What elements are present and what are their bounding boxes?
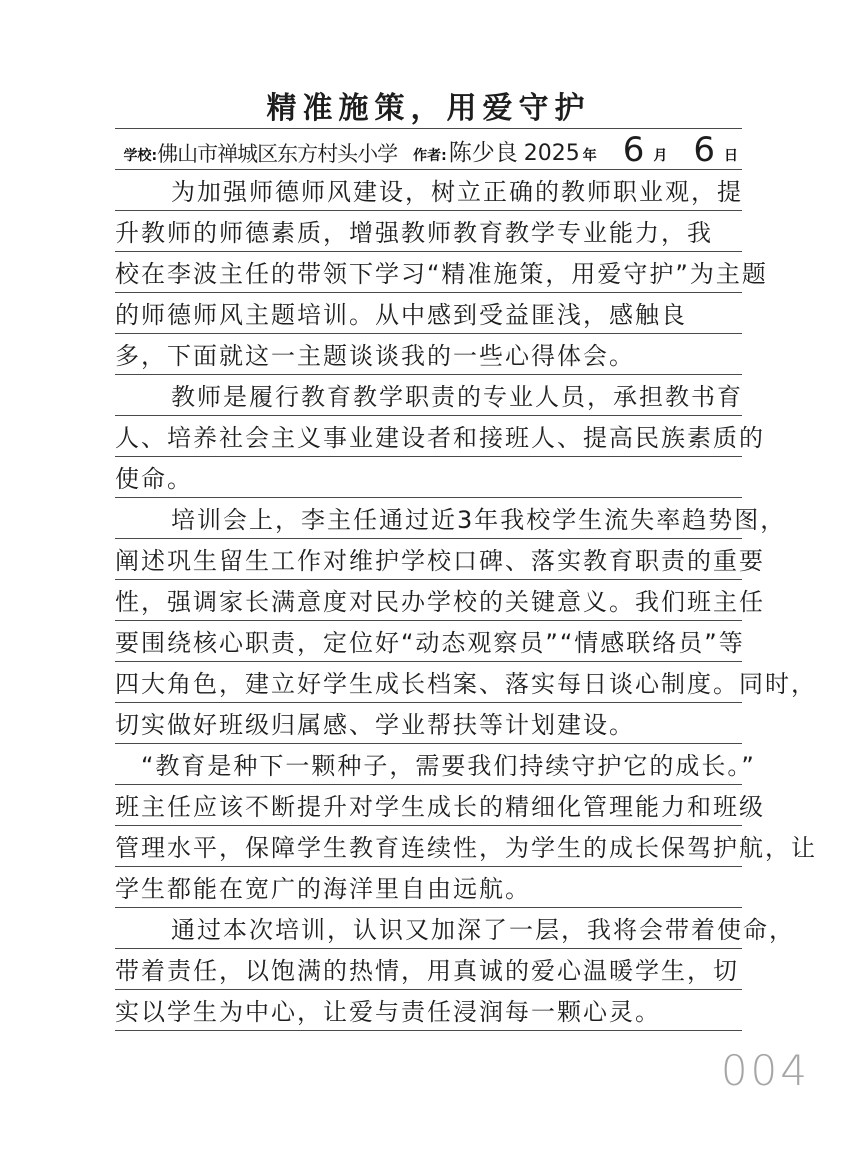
date-day-value: 6 [693, 133, 715, 169]
date-month-unit: 月 [653, 149, 667, 169]
handwritten-line: 的师德师风主题培训。从中感到受益匪浅，感触良 [115, 293, 742, 334]
scanned-handwritten-document: 精准施策，用爱守护 学校: 佛山市禅城区东方村头小学 作者: 陈少良 2025 … [0, 0, 850, 1160]
handwritten-line: 教师是履行教育教学职责的专业人员，承担教书育 [115, 375, 742, 416]
line-text: 使命。 [115, 467, 193, 497]
line-text: 教师是履行教育教学职责的专业人员，承担教书育 [115, 385, 743, 415]
handwritten-line: 性，强调家长满意度对民办学校的关键意义。我们班主任 [115, 580, 742, 621]
author-name: 陈少良 [449, 142, 518, 169]
date-year-value: 2025 [524, 143, 580, 169]
line-text: 校在李波主任的带领下学习“精准施策，用爱守护”为主题 [115, 262, 768, 292]
document-title: 精准施策，用爱守护 [267, 94, 591, 128]
line-text: 要围绕核心职责，定位好“动态观察员”“情感联络员”等 [115, 631, 745, 661]
handwritten-line: 升教师的师德素质，增强教师教育教学专业能力，我 [115, 211, 742, 252]
line-text: 的师德师风主题培训。从中感到受益匪浅，感触良 [115, 303, 687, 333]
title-row: 精准施策，用爱守护 [115, 88, 742, 129]
line-text: 实以学生为中心，让爱与责任浸润每一颗心灵。 [115, 1000, 661, 1030]
line-text: 管理水平，保障学生教育连续性，为学生的成长保驾护航，让 [115, 836, 817, 866]
line-text: 阐述巩生留生工作对维护学校口碑、落实教育职责的重要 [115, 549, 765, 579]
line-text: 通过本次培训，认识又加深了一层，我将会带着使命， [115, 918, 795, 948]
handwritten-line: 四大角色，建立好学生成长档案、落实每日谈心制度。同时， [115, 662, 742, 703]
handwritten-line: 人、培养社会主义事业建设者和接班人、提高民族素质的 [115, 416, 742, 457]
line-text: 升教师的师德素质，增强教师教育教学专业能力，我 [115, 221, 713, 251]
page-number: 004 [721, 1046, 810, 1095]
line-text: 学生都能在宽广的海洋里自由远航。 [115, 877, 531, 907]
date-year-unit: 年 [583, 149, 597, 169]
writing-area: 精准施策，用爱守护 学校: 佛山市禅城区东方村头小学 作者: 陈少良 2025 … [115, 88, 742, 1031]
line-text: 多，下面就这一主题谈谈我的一些心得体会。 [115, 344, 635, 374]
school-name: 佛山市禅城区东方村头小学 [157, 144, 397, 169]
handwritten-line: 管理水平，保障学生教育连续性，为学生的成长保驾护航，让 [115, 826, 742, 867]
line-text: 带着责任，以饱满的热情，用真诚的爱心温暖学生，切 [115, 959, 739, 989]
date-month-value: 6 [623, 133, 645, 169]
line-text: 切实做好班级归属感、学业帮扶等计划建设。 [115, 713, 635, 743]
handwritten-line: 为加强师德师风建设，树立正确的教师职业观，提 [115, 170, 742, 211]
handwritten-line: 阐述巩生留生工作对维护学校口碑、落实教育职责的重要 [115, 539, 742, 580]
handwritten-line: “教育是种下一颗种子，需要我们持续守护它的成长。” [115, 744, 742, 785]
line-text: 人、培养社会主义事业建设者和接班人、提高民族素质的 [115, 426, 765, 456]
line-text: 班主任应该不断提升对学生成长的精细化管理能力和班级 [115, 795, 765, 825]
line-text: “教育是种下一颗种子，需要我们持续守护它的成长。” [115, 754, 756, 784]
school-label: 学校: [124, 149, 158, 169]
handwritten-line: 班主任应该不断提升对学生成长的精细化管理能力和班级 [115, 785, 742, 826]
handwritten-line: 通过本次培训，认识又加深了一层，我将会带着使命， [115, 908, 742, 949]
handwritten-line: 实以学生为中心，让爱与责任浸润每一颗心灵。 [115, 990, 742, 1031]
handwritten-line: 校在李波主任的带领下学习“精准施策，用爱守护”为主题 [115, 252, 742, 293]
line-text: 为加强师德师风建设，树立正确的教师职业观，提 [115, 180, 743, 210]
date-day-unit: 日 [724, 149, 738, 169]
handwritten-line: 培训会上，李主任通过近3年我校学生流失率趋势图， [115, 498, 742, 539]
line-text: 四大角色，建立好学生成长档案、落实每日谈心制度。同时， [115, 672, 817, 702]
handwritten-line: 要围绕核心职责，定位好“动态观察员”“情感联络员”等 [115, 621, 742, 662]
header-row: 学校: 佛山市禅城区东方村头小学 作者: 陈少良 2025 年 6 月 6 日 [115, 129, 742, 170]
author-label: 作者: [413, 149, 447, 169]
handwritten-line: 带着责任，以饱满的热情，用真诚的爱心温暖学生，切 [115, 949, 742, 990]
handwritten-line: 学生都能在宽广的海洋里自由远航。 [115, 867, 742, 908]
handwritten-line: 使命。 [115, 457, 742, 498]
line-text: 性，强调家长满意度对民办学校的关键意义。我们班主任 [115, 590, 765, 620]
handwritten-line: 切实做好班级归属感、学业帮扶等计划建设。 [115, 703, 742, 744]
handwritten-line: 多，下面就这一主题谈谈我的一些心得体会。 [115, 334, 742, 375]
line-text: 培训会上，李主任通过近3年我校学生流失率趋势图， [115, 508, 786, 538]
